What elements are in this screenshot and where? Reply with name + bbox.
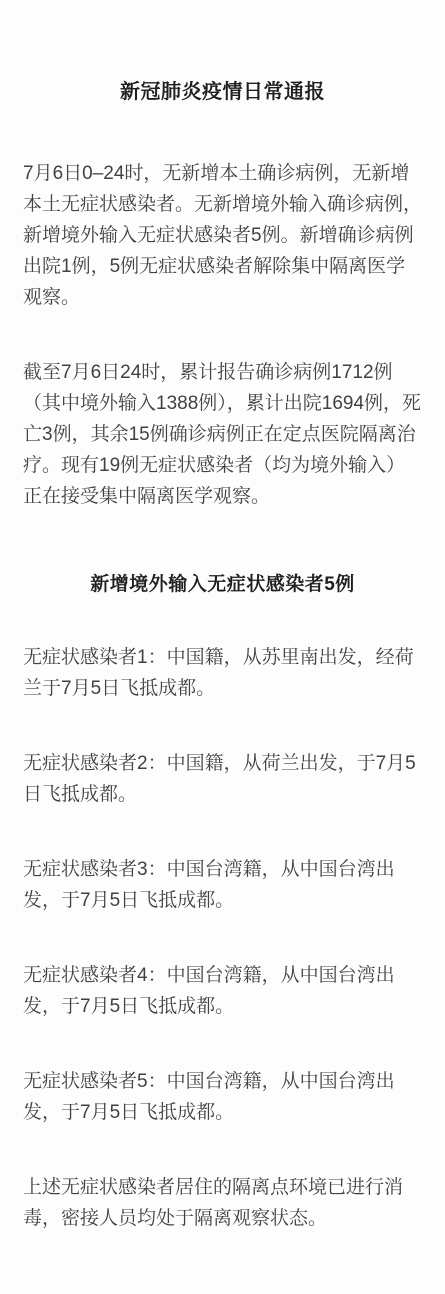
case-paragraph-2: 无症状感染者2：中国籍，从荷兰出发，于7月5日飞抵成都。 (23, 748, 422, 810)
case-paragraph-3: 无症状感染者3：中国台湾籍，从中国台湾出发，于7月5日飞抵成都。 (23, 854, 422, 916)
article-title: 新冠肺炎疫情日常通报 (23, 78, 422, 106)
daily-summary-paragraph: 7月6日0–24时，无新增本土确诊病例，无新增本土无症状感染者。无新增境外输入确… (23, 158, 422, 313)
cumulative-stats-paragraph: 截至7月6日24时，累计报告确诊病例1712例（其中境外输入1388例），累计出… (23, 357, 422, 512)
bulletin-article: 新冠肺炎疫情日常通报 7月6日0–24时，无新增本土确诊病例，无新增本土无症状感… (0, 0, 445, 1294)
case-paragraph-5: 无症状感染者5：中国台湾籍，从中国台湾出发，于7月5日飞抵成都。 (23, 1066, 422, 1128)
closing-paragraph: 上述无症状感染者居住的隔离点环境已进行消毒，密接人员均处于隔离观察状态。 (23, 1172, 422, 1234)
case-paragraph-4: 无症状感染者4：中国台湾籍，从中国台湾出发，于7月5日飞抵成都。 (23, 960, 422, 1022)
case-paragraph-1: 无症状感染者1：中国籍，从苏里南出发，经荷兰于7月5日飞抵成都。 (23, 642, 422, 704)
section-title-new-imported-cases: 新增境外输入无症状感染者5例 (23, 570, 422, 600)
